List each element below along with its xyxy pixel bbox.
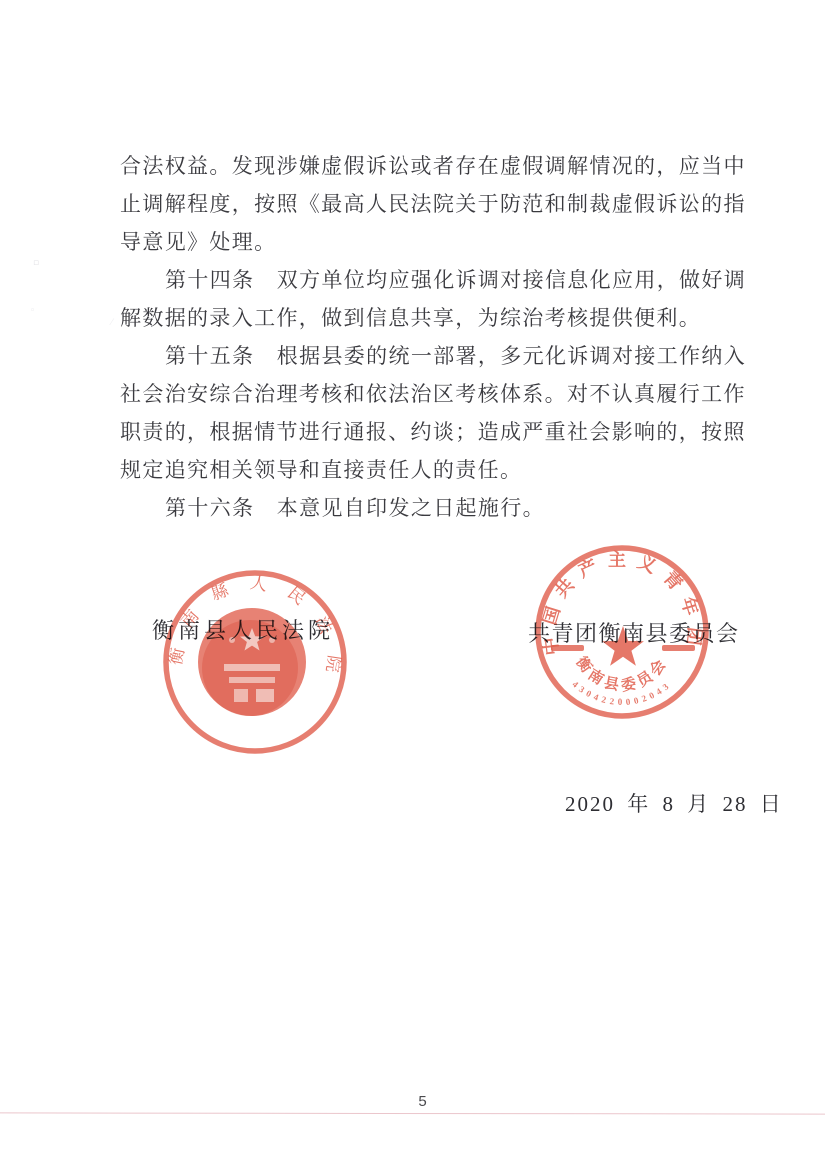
body-line: 社会治安综合治理考核和依法治区考核体系。对不认真履行工作 <box>120 375 780 413</box>
body-line-article-16: 第十六条 本意见自印发之日起施行。 <box>120 489 825 527</box>
body-line: 解数据的录入工作，做到信息共享，为综治考核提供便利。 <box>120 299 780 337</box>
scan-artifact: ⁄ <box>111 318 113 328</box>
youth-league-official-seal: 中国共产主义青年团 衡南县委员会 4304220002043 <box>525 535 725 735</box>
scan-artifact: ▫ <box>33 258 39 268</box>
scanned-document-page: 合法权益。发现涉嫌虚假诉讼或者存在虚假调解情况的，应当中 止调解程度，按照《最高… <box>0 0 825 1167</box>
document-date: 2020 年 8 月 28 日 <box>565 788 783 818</box>
body-line: 规定追究相关领导和直接责任人的责任。 <box>120 451 780 489</box>
star-icon <box>551 626 695 666</box>
footer-rule-line <box>0 1112 825 1114</box>
court-official-seal: 衡南縣人民法院 <box>155 560 355 765</box>
national-emblem-icon <box>198 608 306 716</box>
body-line-article-14: 第十四条 双方单位均应强化诉调对接信息化应用，做好调 <box>120 261 825 299</box>
body-line: 职责的，根据情节进行通报、约谈；造成严重社会影响的，按照 <box>120 413 780 451</box>
scan-artifact: ◦ <box>30 306 35 316</box>
body-line-article-15: 第十五条 根据县委的统一部署，多元化诉调对接工作纳入 <box>120 337 825 375</box>
body-line: 止调解程度，按照《最高人民法院关于防范和制裁虚假诉讼的指 <box>120 185 780 223</box>
body-line: 合法权益。发现涉嫌虚假诉讼或者存在虚假调解情况的，应当中 <box>120 147 780 185</box>
page-number: 5 <box>0 1093 825 1110</box>
body-line: 导意见》处理。 <box>120 223 780 261</box>
